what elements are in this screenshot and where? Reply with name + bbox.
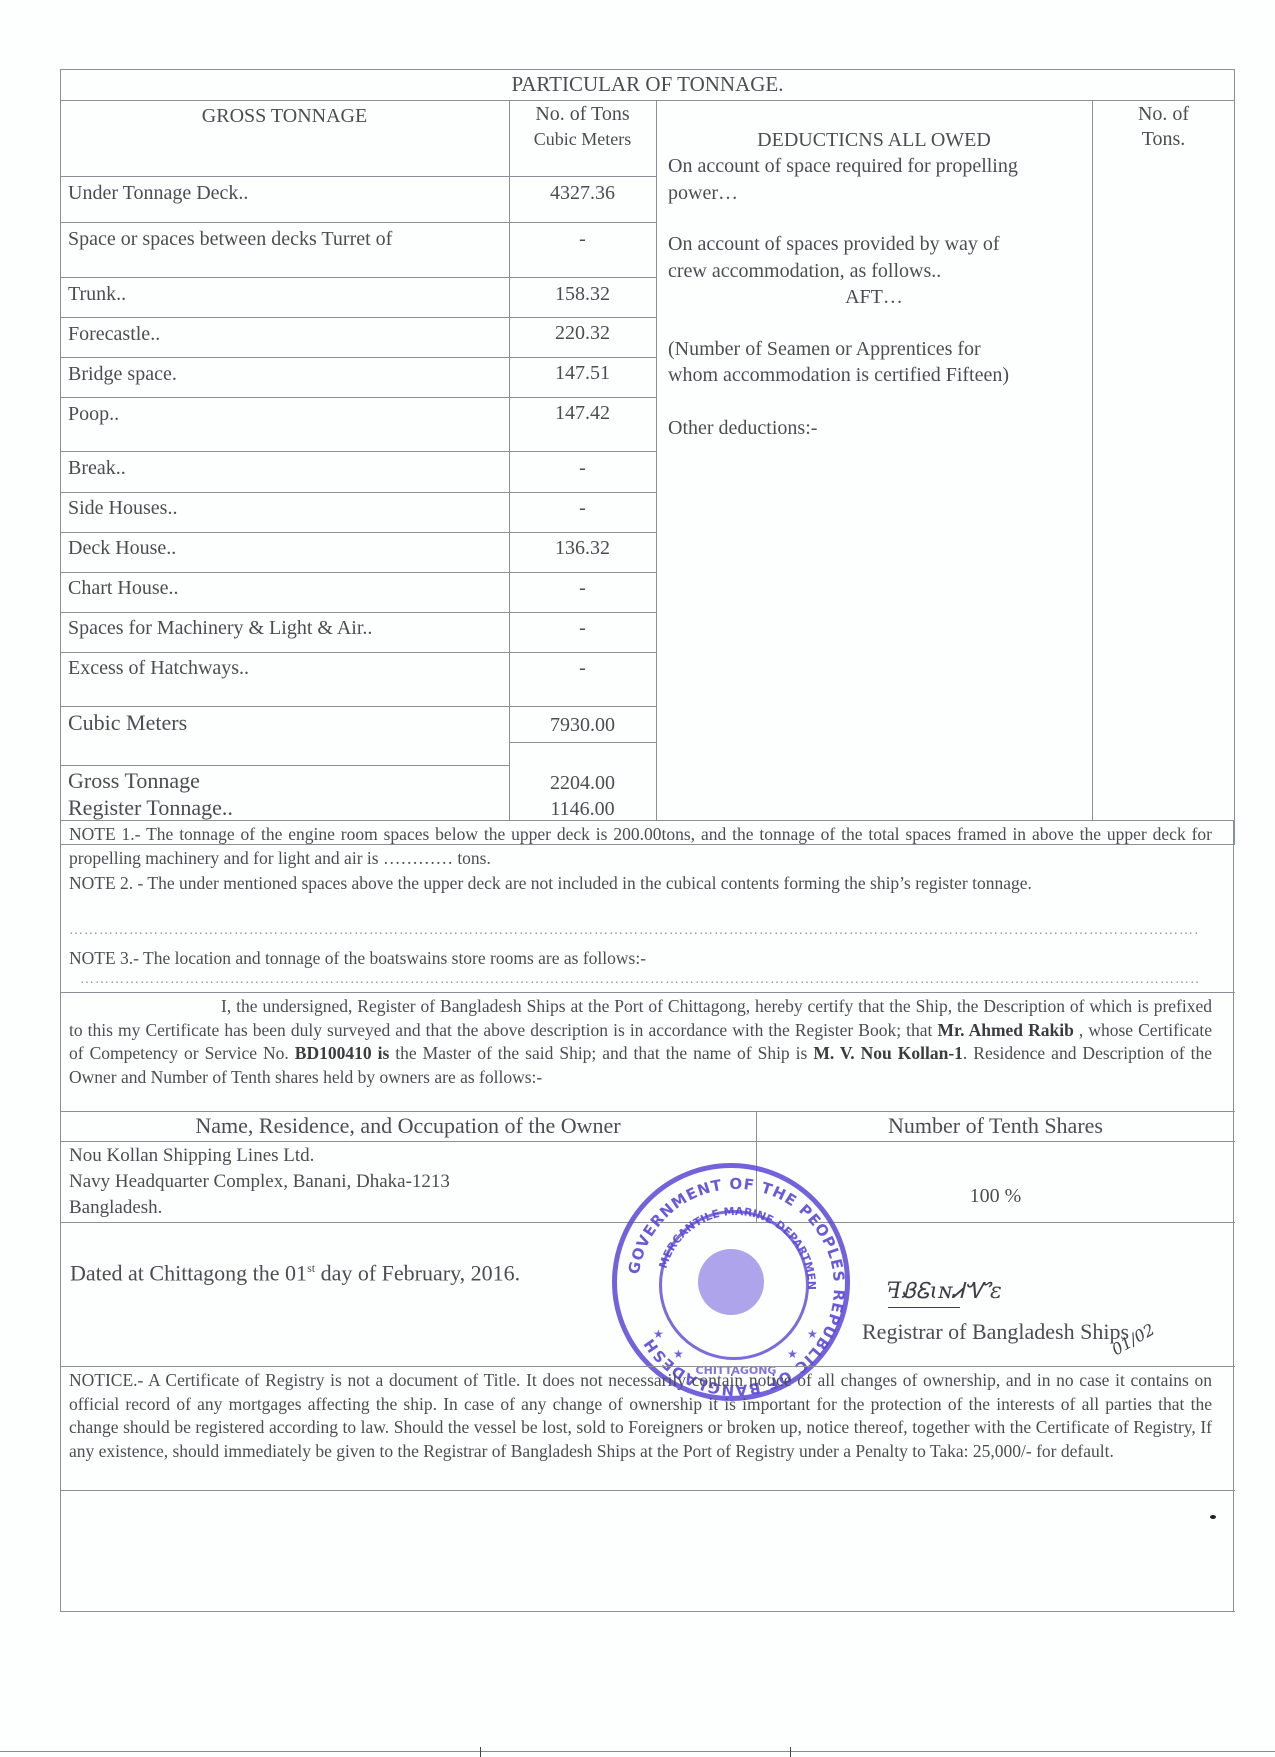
dotted-line: …………………………………………………………………………………………………………… [69, 923, 1199, 939]
deductions-header: DEDUCTICNS ALL OWED [656, 128, 1092, 152]
dated-ordinal: st [307, 1261, 315, 1275]
divider [60, 1366, 1235, 1367]
owner-address: Navy Headquarter Complex, Banani, Dhaka-… [69, 1170, 450, 1194]
divider [60, 1141, 1235, 1142]
divider [1092, 100, 1093, 820]
row-line [60, 765, 509, 766]
divider [60, 820, 1235, 821]
row-line [60, 277, 656, 278]
deduction-seamen-cont: whom accommodation is certified Fifteen) [668, 363, 1009, 387]
row-value: 158.32 [509, 282, 656, 306]
registrar-signature: ꟻᏰᏋɩɴᏗᏉɛ [886, 1279, 1002, 1304]
row-label: Excess of Hatchways.. [68, 656, 249, 680]
row-label: Forecastle.. [68, 322, 160, 346]
row-label: Space or spaces between decks Turret of [68, 227, 392, 251]
deduction-other: Other deductions:- [668, 416, 817, 440]
ship-name: M. V. Nou Kollan-1 [813, 1043, 963, 1063]
gross-tonnage-label: Gross Tonnage [68, 769, 200, 793]
row-line [60, 492, 656, 493]
page-edge [0, 1751, 1275, 1752]
row-line [60, 532, 656, 533]
deduction-propelling: On account of space required for propell… [668, 154, 1018, 178]
row-line [60, 317, 656, 318]
row-line [60, 572, 656, 573]
owner-name: Nou Kollan Shipping Lines Ltd. [69, 1144, 314, 1168]
frame-bottom [60, 1611, 1235, 1612]
deduction-tons-header-sub: Tons. [1092, 127, 1235, 151]
row-value: - [509, 227, 656, 251]
row-label: Spaces for Machinery & Light & Air.. [68, 616, 372, 640]
gross-tonnage-header: GROSS TONNAGE [60, 104, 509, 128]
frame-left [60, 820, 61, 1612]
row-line [60, 612, 656, 613]
signature-underline [888, 1307, 960, 1308]
row-value: - [509, 616, 656, 640]
row-label: Deck House.. [68, 536, 176, 560]
dotted-line: …………………………………………………………………………………………………………… [80, 972, 1200, 988]
svg-text:★: ★ [653, 1327, 664, 1341]
deduction-seamen: (Number of Seamen or Apprentices for [668, 337, 981, 361]
ink-dot [1210, 1515, 1216, 1519]
svg-text:★: ★ [807, 1327, 818, 1341]
row-label: Break.. [68, 456, 126, 480]
gross-tonnage-value: 2204.00 [509, 771, 656, 795]
divider [60, 992, 1235, 993]
deduction-crew-cont: crew accommodation, as follows.. [668, 259, 941, 283]
stamp-inner-ring [659, 1210, 809, 1360]
row-value: - [509, 456, 656, 480]
row-value: - [509, 656, 656, 680]
note-3: NOTE 3.- The location and tonnage of the… [69, 946, 646, 970]
row-line [60, 222, 656, 223]
deduction-crew: On account of spaces provided by way of [668, 232, 1000, 256]
svg-text:★: ★ [787, 1347, 798, 1361]
dated-line: Dated at Chittagong the 01st day of Febr… [70, 1256, 520, 1285]
bangladesh-map-emblem-icon [698, 1249, 764, 1315]
deduction-propelling-cont: power… [668, 181, 738, 205]
svg-text:★: ★ [673, 1347, 684, 1361]
tonnage-title: PARTICULAR OF TONNAGE. [60, 72, 1235, 96]
row-label: Under Tonnage Deck.. [68, 181, 248, 205]
certification-text: I, the undersigned, Register of Banglade… [69, 995, 1212, 1089]
row-value: 220.32 [509, 321, 656, 345]
page-edge [790, 1747, 791, 1757]
frame-right [1233, 820, 1234, 1612]
cubic-meters-label: Cubic Meters [68, 711, 187, 735]
row-line [60, 652, 656, 653]
row-value: 4327.36 [509, 181, 656, 205]
deduction-aft: AFT… [656, 285, 1092, 309]
row-label: Side Houses.. [68, 496, 177, 520]
row-line [509, 742, 656, 743]
row-line [60, 706, 656, 707]
row-label: Poop.. [68, 402, 119, 426]
divider [60, 1111, 1235, 1112]
cert-mid2: the Master of the said Ship; and that th… [389, 1043, 813, 1063]
page-edge [480, 1747, 481, 1757]
shares-col-header: Number of Tenth Shares [756, 1114, 1235, 1138]
owner-col-header: Name, Residence, and Occupation of the O… [60, 1114, 756, 1138]
cubic-meters-value: 7930.00 [509, 713, 656, 737]
owner-country: Bangladesh. [69, 1196, 162, 1220]
row-line [60, 176, 656, 177]
row-label: Bridge space. [68, 362, 177, 386]
row-line [60, 451, 656, 452]
deduction-tons-header: No. of [1092, 102, 1235, 126]
row-value: 136.32 [509, 536, 656, 560]
row-value: - [509, 496, 656, 520]
tons-header: No. of Tons [509, 102, 656, 126]
row-line [60, 397, 656, 398]
divider [60, 100, 1235, 101]
master-name: Mr. Ahmed Rakib [937, 1020, 1073, 1040]
dated-prefix: Dated at Chittagong the 01 [70, 1260, 307, 1285]
row-value: 147.51 [509, 361, 656, 385]
row-value: - [509, 576, 656, 600]
tons-header-sub: Cubic Meters [509, 127, 656, 151]
register-tonnage-label: Register Tonnage.. [68, 796, 233, 820]
registrar-title: Registrar of Bangladesh Ships [862, 1320, 1129, 1344]
divider [656, 100, 657, 820]
dated-rest: day of February, 2016. [315, 1260, 520, 1285]
notice-text: NOTICE.- A Certificate of Registry is no… [69, 1369, 1212, 1463]
divider [60, 1490, 1235, 1491]
register-tonnage-value: 1146.00 [509, 797, 656, 821]
row-value: 147.42 [509, 401, 656, 425]
row-label: Trunk.. [68, 282, 126, 306]
note-1: NOTE 1.- The tonnage of the engine room … [69, 823, 1212, 870]
note-2: NOTE 2. - The under mentioned spaces abo… [69, 872, 1212, 896]
row-label: Chart House.. [68, 576, 179, 600]
row-line [60, 357, 656, 358]
certificate-number: BD100410 is [295, 1043, 389, 1063]
